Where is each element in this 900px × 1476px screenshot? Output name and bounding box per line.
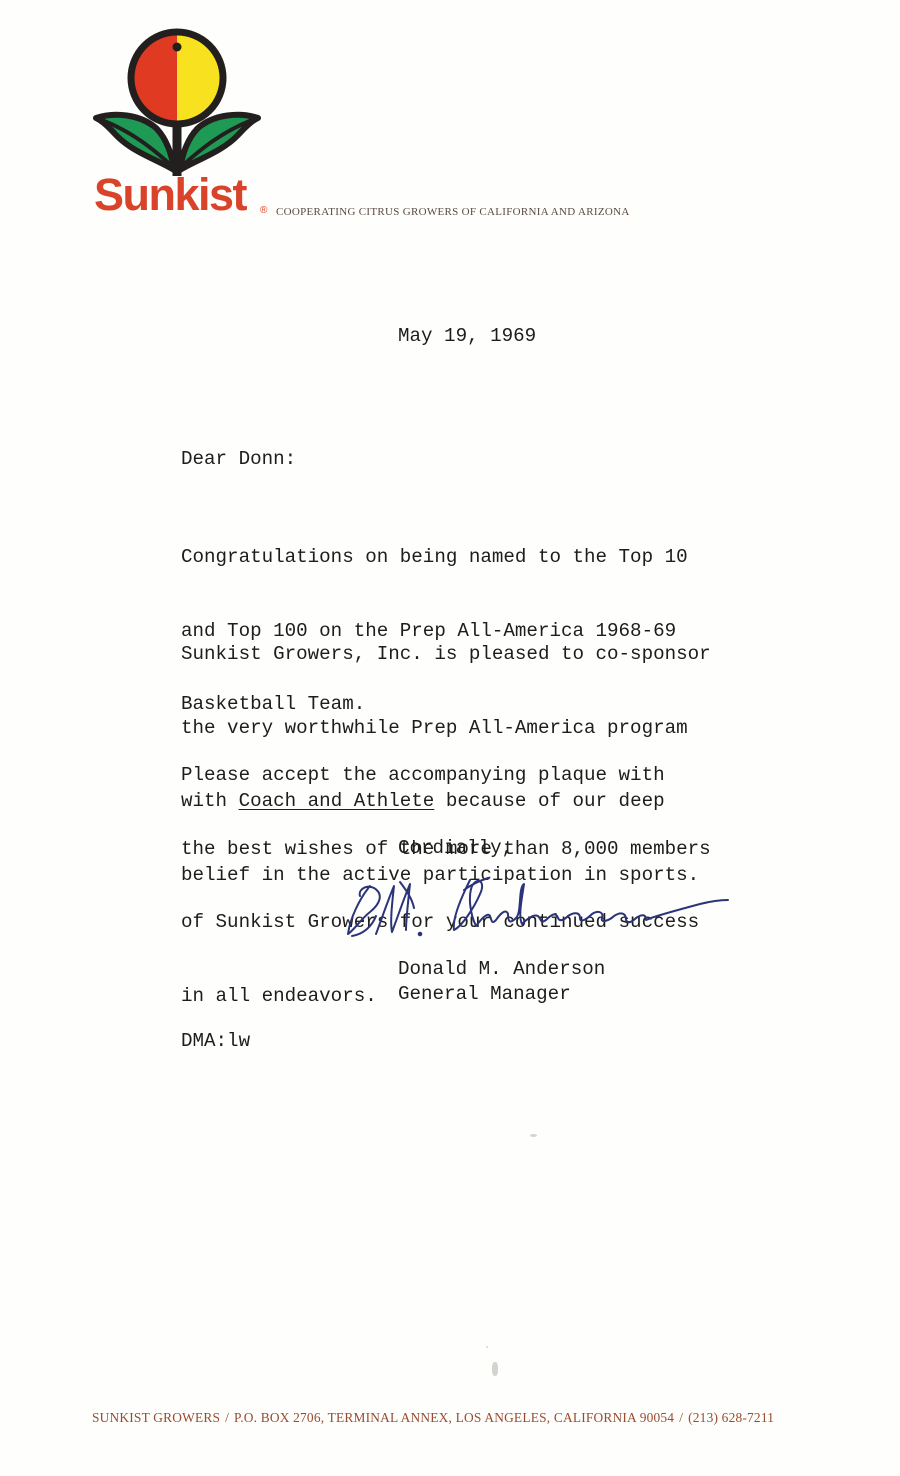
paper-speck xyxy=(486,1346,488,1348)
handwritten-signature xyxy=(340,868,730,948)
paper-speck xyxy=(530,1134,537,1137)
letterhead-footer: SUNKIST GROWERS/P.O. BOX 2706, TERMINAL … xyxy=(92,1410,774,1426)
sunkist-flower-logo-icon xyxy=(92,20,262,180)
salutation: Dear Donn: xyxy=(181,447,296,472)
text-line: Sunkist Growers, Inc. is pleased to co-s… xyxy=(181,642,711,667)
letter-page: Sunkist ® COOPERATING CITRUS GROWERS OF … xyxy=(0,0,900,1476)
text-line: Please accept the accompanying plaque wi… xyxy=(181,763,711,788)
registered-mark: ® xyxy=(260,205,267,216)
footer-separator: / xyxy=(225,1410,229,1425)
signer-name: Donald M. Anderson xyxy=(398,957,605,982)
signer-title: General Manager xyxy=(398,982,571,1007)
brand-wordmark: Sunkist xyxy=(94,172,246,217)
footer-org: SUNKIST GROWERS xyxy=(92,1410,220,1425)
reference-initials: DMA:lw xyxy=(181,1029,250,1054)
footer-separator: / xyxy=(679,1410,683,1425)
paper-speck xyxy=(492,1362,498,1376)
letterhead-tagline: COOPERATING CITRUS GROWERS OF CALIFORNIA… xyxy=(276,206,630,218)
text-line: Congratulations on being named to the To… xyxy=(181,545,688,570)
letter-date: May 19, 1969 xyxy=(398,324,536,349)
footer-phone: (213) 628-7211 xyxy=(688,1410,774,1425)
closing: Cordially, xyxy=(398,836,513,861)
footer-address: P.O. BOX 2706, TERMINAL ANNEX, LOS ANGEL… xyxy=(234,1410,674,1425)
